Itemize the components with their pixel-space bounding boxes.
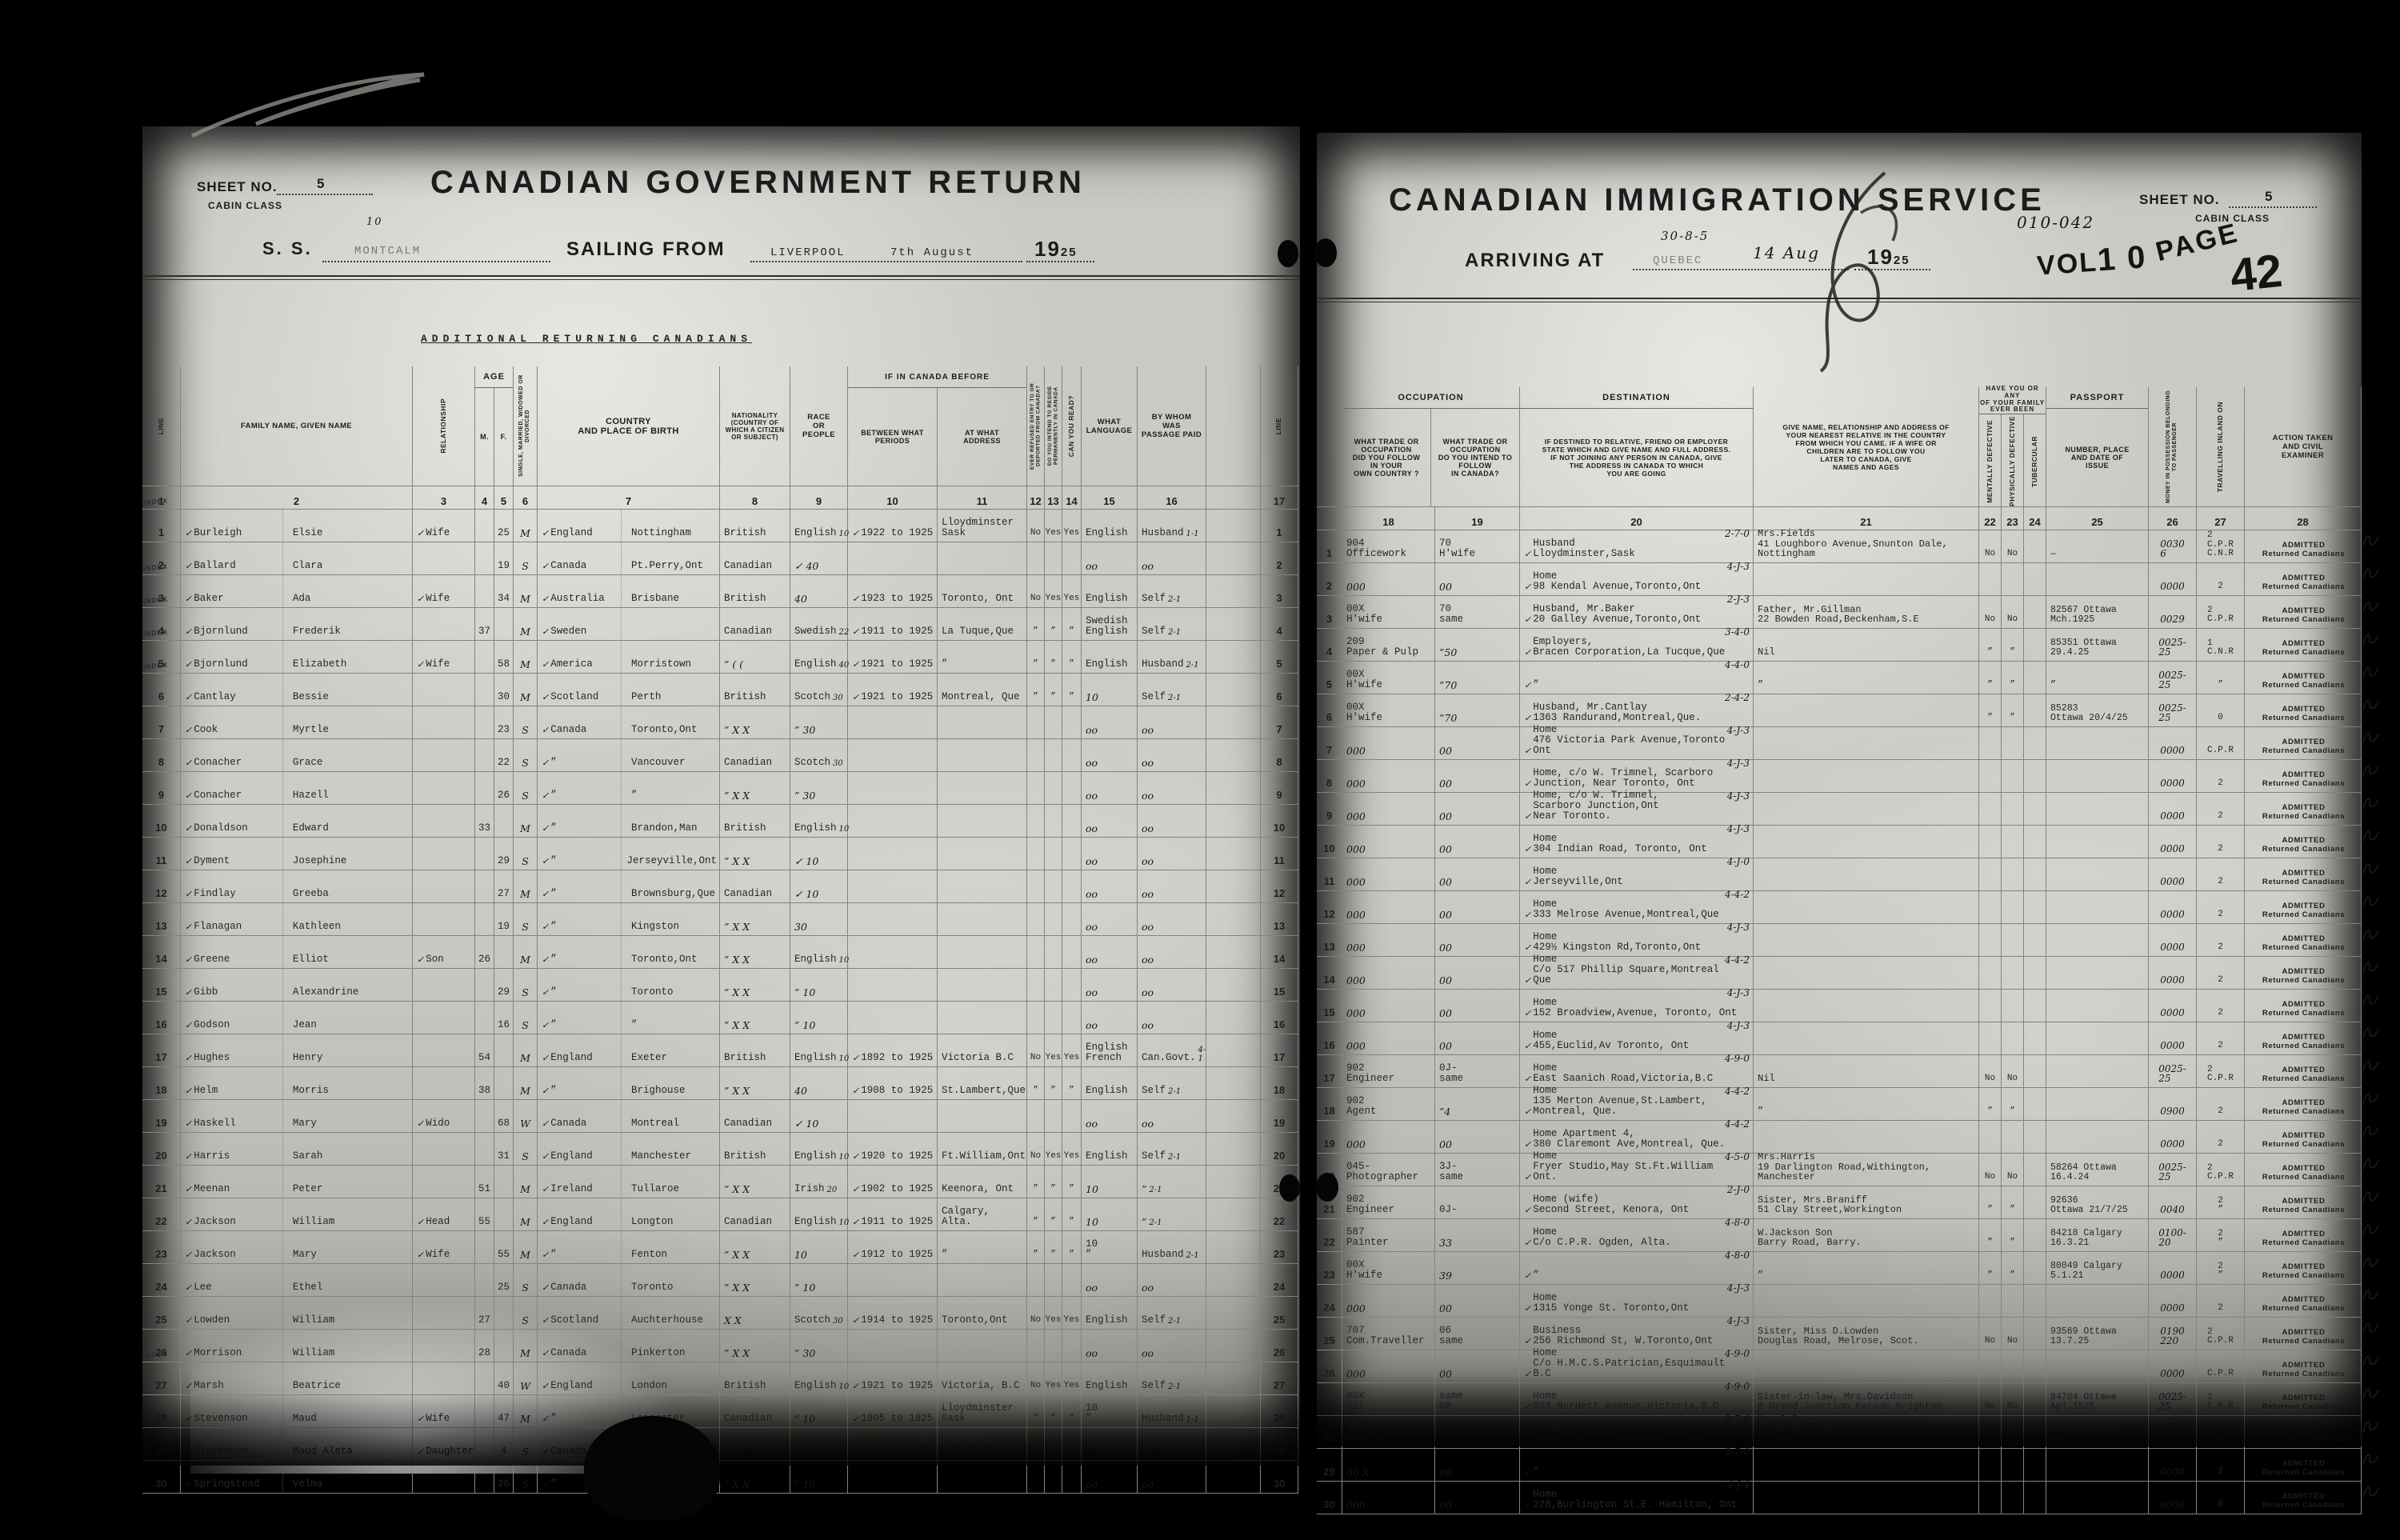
race: ” 10 xyxy=(790,1428,848,1461)
language: oo xyxy=(1082,870,1138,903)
passenger-name: ✓CookMyrtle xyxy=(181,706,413,739)
passport-details xyxy=(2046,1350,2149,1383)
age-female: 55 xyxy=(494,1231,514,1264)
action-taken: ADMITTEDReturned Canadians xyxy=(2245,662,2362,694)
arriving-label: ARRIVING AT xyxy=(1465,250,1605,272)
line-number-right: 25 xyxy=(1261,1297,1298,1330)
table-row-line-number: 9 xyxy=(142,772,181,805)
destination: ✓Husband, Mr.Cantlay1363 Randurand,Montr… xyxy=(1520,694,1754,727)
occupation-in-canada: 00 xyxy=(1435,727,1520,760)
passport-details: ” xyxy=(2046,662,2149,694)
marital-status: S xyxy=(514,706,538,739)
table-row-line-number: 20 xyxy=(142,1133,181,1166)
mentally-defective xyxy=(1979,891,2002,924)
scanned-manifest: { "left_page": { "sheet_no_label": "SHEE… xyxy=(0,0,2400,1540)
action-taken: ADMITTEDReturned Canadians xyxy=(2245,1350,2362,1383)
occupation-own-country: 00XH'wife xyxy=(1342,596,1435,629)
age-female: 58 xyxy=(494,641,514,674)
col-intend: DO YOU INTEND TO RESIDE PERMANENTLY IN C… xyxy=(1045,366,1062,486)
arriving-year: 1925 xyxy=(1867,245,1910,270)
nearest-relative: Mrs.D.BrownFernleigh, Earl Shilton, nr L… xyxy=(1754,1416,1979,1449)
passage-paid-by: oo xyxy=(1138,1002,1206,1034)
col-destination: DESTINATION IF DESTINED TO RELATIVE, FRI… xyxy=(1520,387,1754,507)
passport-details xyxy=(2046,858,2149,891)
line-number-right: 20 xyxy=(1261,1133,1298,1166)
can-read xyxy=(1062,706,1082,739)
in-canada-periods xyxy=(848,870,938,903)
marital-status: M xyxy=(514,510,538,542)
physically-defective xyxy=(2002,1022,2024,1055)
occupation-own-country: 00XH'wife xyxy=(1342,662,1435,694)
physically-defective xyxy=(2002,760,2024,793)
nationality: ” X X xyxy=(720,903,790,936)
column-number: 15 xyxy=(1082,486,1138,510)
occupation-in-canada: ”70 xyxy=(1435,694,1520,727)
marital-status: S xyxy=(514,969,538,1002)
relationship: ✓Daughter xyxy=(413,1428,475,1461)
intend-reside xyxy=(1045,772,1062,805)
table-row-line-number: 1 xyxy=(1317,530,1342,563)
blank-cell xyxy=(1206,1166,1261,1198)
action-taken: ADMITTEDReturned Canadians xyxy=(2245,1318,2362,1350)
tubercular xyxy=(2024,1154,2046,1186)
blank-cell xyxy=(1206,772,1261,805)
physically-defective xyxy=(2002,563,2024,596)
nearest-relative: Sister, Mrs.Braniff51 Clay Street,Workin… xyxy=(1754,1186,1979,1219)
destination: ✓Home Apartment 4,380 Claremont Ave,Mont… xyxy=(1520,1121,1754,1154)
table-row-line-number: 3 xyxy=(1317,596,1342,629)
physically-defective xyxy=(2002,1449,2024,1482)
action-taken: ADMITTEDReturned Canadians xyxy=(2245,1449,2362,1482)
action-taken: ADMITTEDReturned Canadians xyxy=(2245,957,2362,990)
race: English10 xyxy=(790,1034,848,1067)
blank-cell xyxy=(1206,641,1261,674)
money-in-possession: 0000 xyxy=(2149,826,2197,858)
in-canada-address xyxy=(938,903,1027,936)
age-female: 29 xyxy=(494,838,514,870)
travelling-inland-on: 2 xyxy=(2197,957,2245,990)
money-in-possession: 0025-25 xyxy=(2149,662,2197,694)
relationship: ✓Wife xyxy=(413,510,475,542)
blank-cell xyxy=(1206,1034,1261,1067)
blank-cell xyxy=(1206,1231,1261,1264)
passage-paid-by: oo xyxy=(1138,1330,1206,1362)
column-number: 27 xyxy=(2197,507,2245,530)
in-canada-periods xyxy=(848,1330,938,1362)
table-row-line-number: 8 xyxy=(142,739,181,772)
passenger-name: ✓JacksonMary xyxy=(181,1231,413,1264)
travelling-inland-on: C.P.R xyxy=(2197,1350,2245,1383)
mentally-defective: No xyxy=(1979,1154,2002,1186)
vol-stamp: VOL1 0 xyxy=(2036,239,2148,282)
tubercular xyxy=(2024,596,2046,629)
relationship: ✓Wido xyxy=(413,1100,475,1133)
birth-country-place: ✓”Toronto,Ont xyxy=(538,936,720,969)
age-male xyxy=(475,674,494,706)
destination: ✓Employers,Bracen Corporation,La Tucque,… xyxy=(1520,629,1754,662)
nationality: ” X X xyxy=(720,1231,790,1264)
travelling-inland-on: 2 xyxy=(2197,1088,2245,1121)
sheet-no-label: SHEET NO. xyxy=(197,179,278,195)
occupation-own-country: 000 xyxy=(1342,858,1435,891)
binding-dot xyxy=(1279,1174,1300,1202)
in-canada-address: Ft.William,Ont xyxy=(938,1133,1027,1166)
money-in-possession: 0000 xyxy=(2149,1449,2197,1482)
passport-details: 84218 Calgary16.3.21 xyxy=(2046,1219,2149,1252)
mentally-defective xyxy=(1979,858,2002,891)
relationship xyxy=(413,1264,475,1297)
age-male: 38 xyxy=(475,1067,494,1100)
age-male xyxy=(475,1231,494,1264)
money-in-possession: 0025-25 xyxy=(2149,1055,2197,1088)
relationship xyxy=(413,1034,475,1067)
occupation-in-canada: 70H'wife xyxy=(1435,530,1520,563)
money-in-possession: 0000 xyxy=(2149,1482,2197,1514)
column-number: 16 xyxy=(1138,486,1206,510)
line-number-right: 1 xyxy=(1261,510,1298,542)
occupation-own-country: 000 xyxy=(1342,563,1435,596)
language: oo xyxy=(1082,1002,1138,1034)
table-row-line-number: 24 xyxy=(1317,1285,1342,1318)
travelling-inland-on: 2C.P.R xyxy=(2197,1383,2245,1416)
passage-paid-by: oo xyxy=(1138,1100,1206,1133)
age-male: 33 xyxy=(475,805,494,838)
action-taken: ADMITTEDReturned Canadians xyxy=(2245,1154,2362,1186)
refused-entry: ” xyxy=(1027,1067,1045,1100)
travelling-inland-on: 2C.P.R xyxy=(2197,596,2245,629)
in-canada-address xyxy=(938,838,1027,870)
column-number: 18 xyxy=(1342,507,1435,530)
physically-defective xyxy=(2002,1285,2024,1318)
relationship xyxy=(413,1297,475,1330)
race: 30 xyxy=(790,903,848,936)
ss-note: 10 xyxy=(366,216,383,228)
passage-paid-by: oo xyxy=(1138,1264,1206,1297)
occupation-own-country: 707Com.Traveller xyxy=(1342,1318,1435,1350)
occupation-in-canada: 00 xyxy=(1435,563,1520,596)
destination: ✓Husband, Mr.J.H.StevensonDrawer 98, Llo… xyxy=(1520,1416,1754,1449)
nationality: ” X X xyxy=(720,772,790,805)
birth-country-place: ✓Sweden xyxy=(538,608,720,641)
line-number-right: 27 xyxy=(1261,1362,1298,1395)
marital-status: S xyxy=(514,772,538,805)
col-line-right: LINE xyxy=(1261,366,1298,486)
occupation-own-country: 00XH'wife xyxy=(1342,1252,1435,1285)
age-male xyxy=(475,1100,494,1133)
mentally-defective xyxy=(1979,990,2002,1022)
nearest-relative xyxy=(1754,990,1979,1022)
refused-entry xyxy=(1027,1002,1045,1034)
age-female xyxy=(494,608,514,641)
col-refused: EVER REFUSED ENTRY TO OR DEPORTED FROM C… xyxy=(1027,366,1045,486)
can-read xyxy=(1062,838,1082,870)
money-in-possession: 0000 xyxy=(2149,891,2197,924)
can-read xyxy=(1062,1264,1082,1297)
in-canada-address: Montreal, Que xyxy=(938,674,1027,706)
sheet-no-value-r: 5 xyxy=(2265,189,2273,205)
occupation-own-country: 000 xyxy=(1342,1350,1435,1383)
nearest-relative: ” xyxy=(1754,662,1979,694)
blank-cell xyxy=(1206,870,1261,903)
age-female: 19 xyxy=(494,542,514,575)
occupation-own-country: 045-Photographer xyxy=(1342,1154,1435,1186)
col-money: MONEY IN POSSESSION BELONGING TO PASSENG… xyxy=(2149,387,2197,507)
destination: ✓Home152 Broadview,Avenue, Toronto, Ont4… xyxy=(1520,990,1754,1022)
race: ” 30 xyxy=(790,706,848,739)
intend-reside xyxy=(1045,1330,1062,1362)
col-race: RACE OR PEOPLE xyxy=(790,366,848,486)
nationality: ” X X xyxy=(720,706,790,739)
occupation-in-canada: same00 xyxy=(1435,1383,1520,1416)
table-row-line-number: 18 xyxy=(1317,1088,1342,1121)
in-canada-address: Toronto, Ont xyxy=(938,575,1027,608)
table-row-line-number: 24 xyxy=(142,1264,181,1297)
passport-details: 58264 Ottawa16.4.24 xyxy=(2046,1154,2149,1186)
nearest-relative xyxy=(1754,760,1979,793)
language: English xyxy=(1082,1067,1138,1100)
sailing-port: LIVERPOOL xyxy=(770,246,846,259)
mentally-defective: ” xyxy=(1979,662,2002,694)
intend-reside xyxy=(1045,870,1062,903)
can-read xyxy=(1062,1428,1082,1461)
nationality: British xyxy=(720,1133,790,1166)
birth-country-place: ✓EnglandLongton xyxy=(538,1198,720,1231)
physically-defective: ” xyxy=(2002,1088,2024,1121)
passage-paid-by: oo xyxy=(1138,870,1206,903)
birth-country-place: ✓”Vancouver xyxy=(538,739,720,772)
travelling-inland-on: 2 xyxy=(2197,1022,2245,1055)
refused-entry xyxy=(1027,739,1045,772)
mentally-defective: No xyxy=(1979,1318,2002,1350)
in-canada-periods xyxy=(848,542,938,575)
age-female: 23 xyxy=(494,706,514,739)
destination: ✓HomeEast Saanich Road,Victoria,B.C4-9-0 xyxy=(1520,1055,1754,1088)
action-taken: ADMITTEDReturned Canadians xyxy=(2245,1285,2362,1318)
occupation-own-country: 000 xyxy=(1342,727,1435,760)
refused-entry: ” xyxy=(1027,1395,1045,1428)
column-number: 12 xyxy=(1027,486,1045,510)
col-line-r xyxy=(1317,387,1342,507)
can-read xyxy=(1062,969,1082,1002)
col-action: ACTION TAKEN AND CIVIL EXAMINER xyxy=(2245,387,2362,507)
action-taken: ADMITTEDReturned Canadians xyxy=(2245,1022,2362,1055)
marital-status: M xyxy=(514,936,538,969)
destination: ✓HomeC/o C.P.R. Ogden, Alta.4-8-0 xyxy=(1520,1219,1754,1252)
column-number: 20 xyxy=(1520,507,1754,530)
travelling-inland-on: 2 xyxy=(2197,563,2245,596)
relationship xyxy=(413,870,475,903)
occupation-in-canada: 60 xyxy=(1435,1449,1520,1482)
nearest-relative xyxy=(1754,891,1979,924)
in-canada-address xyxy=(938,870,1027,903)
nationality: Canadian xyxy=(720,739,790,772)
occupation-own-country: 000 xyxy=(1342,924,1435,957)
in-canada-address xyxy=(938,1330,1027,1362)
occupation-own-country: 000 xyxy=(1342,891,1435,924)
language: oo xyxy=(1082,739,1138,772)
action-taken: ADMITTEDReturned Canadians xyxy=(2245,760,2362,793)
tubercular xyxy=(2024,1449,2046,1482)
table-row-line-number: 22 xyxy=(142,1198,181,1231)
travelling-inland-on: 2 xyxy=(2197,1285,2245,1318)
in-canada-address: LloydminsterSask xyxy=(938,1395,1027,1428)
blank-cell xyxy=(1206,706,1261,739)
birth-country-place: ✓”” xyxy=(538,772,720,805)
language: 10 xyxy=(1082,674,1138,706)
marital-status: S xyxy=(514,1002,538,1034)
refused-entry xyxy=(1027,805,1045,838)
travelling-inland-on: 0 xyxy=(2197,694,2245,727)
can-read: Yes xyxy=(1062,575,1082,608)
passage-paid-by: oo xyxy=(1138,706,1206,739)
race: English10 xyxy=(790,1133,848,1166)
nearest-relative xyxy=(1754,694,1979,727)
age-female: 4 xyxy=(494,1428,514,1461)
in-canada-address: ” xyxy=(938,1231,1027,1264)
age-male xyxy=(475,772,494,805)
age-female xyxy=(494,936,514,969)
table-row-line-number: 8 xyxy=(1317,760,1342,793)
nearest-relative: Mrs.Fields41 Loughboro Avenue,Snunton Da… xyxy=(1754,530,1979,563)
passage-paid-by: oo xyxy=(1138,936,1206,969)
passport-details xyxy=(2046,760,2149,793)
refused-entry xyxy=(1027,838,1045,870)
table-row-line-number: 19 xyxy=(1317,1121,1342,1154)
occupation-in-canada: 0J- xyxy=(1435,1186,1520,1219)
table-row-line-number: 30 xyxy=(142,1461,181,1494)
race: ✓ 40 xyxy=(790,542,848,575)
passport-details xyxy=(2046,1285,2149,1318)
money-in-possession: 0000 xyxy=(2149,990,2197,1022)
travelling-inland-on: 1C.N.R xyxy=(2197,629,2245,662)
passport-details xyxy=(2046,1088,2149,1121)
table-row-line-number: 14 xyxy=(1317,957,1342,990)
intend-reside: Yes xyxy=(1045,575,1062,608)
passenger-name: ✓StevensonMaud Aleta xyxy=(181,1428,413,1461)
race: 40 xyxy=(790,575,848,608)
nationality: ” ( ( xyxy=(720,641,790,674)
line-number-right: 22 xyxy=(1261,1198,1298,1231)
passenger-name: ✓SpringsteadVelma xyxy=(181,1461,413,1494)
passport-details xyxy=(2046,727,2149,760)
intend-reside xyxy=(1045,903,1062,936)
refused-entry xyxy=(1027,772,1045,805)
in-canada-address xyxy=(938,706,1027,739)
marital-status: M xyxy=(514,1067,538,1100)
age-male xyxy=(475,1002,494,1034)
money-in-possession: 0000 xyxy=(2149,1252,2197,1285)
arriving-date: 14 Aug xyxy=(1753,243,1820,262)
in-canada-address: Victoria B.C xyxy=(938,1034,1027,1067)
passport-details xyxy=(2046,891,2149,924)
physically-defective: No xyxy=(2002,1383,2024,1416)
occupation-own-country: 00XNil xyxy=(1342,1383,1435,1416)
age-male: 28 xyxy=(475,1330,494,1362)
passenger-name: ✓HughesHenry xyxy=(181,1034,413,1067)
col-age: AGE M.F. xyxy=(475,366,514,486)
language: English xyxy=(1082,641,1138,674)
can-read: Yes xyxy=(1062,1362,1082,1395)
refused-entry: No xyxy=(1027,1034,1045,1067)
marital-status: W xyxy=(514,1362,538,1395)
occupation-own-country: 209Paper & Pulp xyxy=(1342,629,1435,662)
line-number-right: 12 xyxy=(1261,870,1298,903)
table-row-line-number: 7 xyxy=(142,706,181,739)
age-female: 25 xyxy=(494,510,514,542)
nearest-relative xyxy=(1754,858,1979,891)
destination: ✓Business256 Richmond St, W.Toronto,Ont4… xyxy=(1520,1318,1754,1350)
can-read: ” xyxy=(1062,1067,1082,1100)
refused-entry xyxy=(1027,1264,1045,1297)
table-row-line-number: 25 xyxy=(1317,1318,1342,1350)
occupation-own-country: 902Agent xyxy=(1342,1088,1435,1121)
race: English10 xyxy=(790,1362,848,1395)
physically-defective: No xyxy=(2002,596,2024,629)
column-number: 25 xyxy=(2046,507,2149,530)
nearest-relative xyxy=(1754,793,1979,826)
birth-country-place: ✓”Brighouse xyxy=(538,1067,720,1100)
physically-defective: No xyxy=(2002,530,2024,563)
in-canada-address xyxy=(938,805,1027,838)
column-number: 7 xyxy=(538,486,720,510)
nationality: Canadian xyxy=(720,1100,790,1133)
money-in-possession: 0025-25 xyxy=(2149,694,2197,727)
age-female: 29 xyxy=(494,969,514,1002)
table-row-line-number: 15 xyxy=(142,969,181,1002)
line-number-right: 17 xyxy=(1261,1034,1298,1067)
intend-reside: Yes xyxy=(1045,510,1062,542)
tubercular xyxy=(2024,727,2046,760)
occupation-in-canada: 00 xyxy=(1435,1022,1520,1055)
in-canada-address xyxy=(938,1264,1027,1297)
money-in-possession: 00306 xyxy=(2149,530,2197,563)
marital-status: M xyxy=(514,1395,538,1428)
occupation-in-canada: ”50 xyxy=(1435,629,1520,662)
money-in-possession: 0000 xyxy=(2149,924,2197,957)
age-male xyxy=(475,542,494,575)
occupation-in-canada: 00 xyxy=(1435,826,1520,858)
money-in-possession: 0000 xyxy=(2149,858,2197,891)
age-male xyxy=(475,575,494,608)
age-female: 30 xyxy=(494,674,514,706)
passage-paid-by: Husband2-1 xyxy=(1138,1231,1206,1264)
race: ✓ 10 xyxy=(790,838,848,870)
mentally-defective xyxy=(1979,957,2002,990)
destination: ✓Home135 Merton Avenue,St.Lambert,Montre… xyxy=(1520,1088,1754,1121)
nearest-relative: Nil xyxy=(1754,1055,1979,1088)
action-taken: ADMITTEDReturned Canadians xyxy=(2245,1186,2362,1219)
intend-reside: Yes xyxy=(1045,1297,1062,1330)
intend-reside: Yes xyxy=(1045,1034,1062,1067)
physically-defective xyxy=(2002,957,2024,990)
birth-country-place: ✓AmericaMorristown xyxy=(538,641,720,674)
race: ” 10 xyxy=(790,1395,848,1428)
col-inland: TRAVELLING INLAND ON xyxy=(2197,387,2245,507)
blank-cell xyxy=(1206,1428,1261,1461)
action-taken: ADMITTEDReturned Canadians xyxy=(2245,1482,2362,1514)
language: oo xyxy=(1082,1330,1138,1362)
blank-cell xyxy=(1206,1297,1261,1330)
passage-paid-by: ”2-1 xyxy=(1138,1166,1206,1198)
in-canada-periods xyxy=(848,1428,938,1461)
table-row-line-number: 16 xyxy=(1317,1022,1342,1055)
age-female xyxy=(494,805,514,838)
column-number: 19 xyxy=(1435,507,1520,530)
marital-status: S xyxy=(514,542,538,575)
relationship xyxy=(413,969,475,1002)
relationship xyxy=(413,542,475,575)
can-read xyxy=(1062,870,1082,903)
